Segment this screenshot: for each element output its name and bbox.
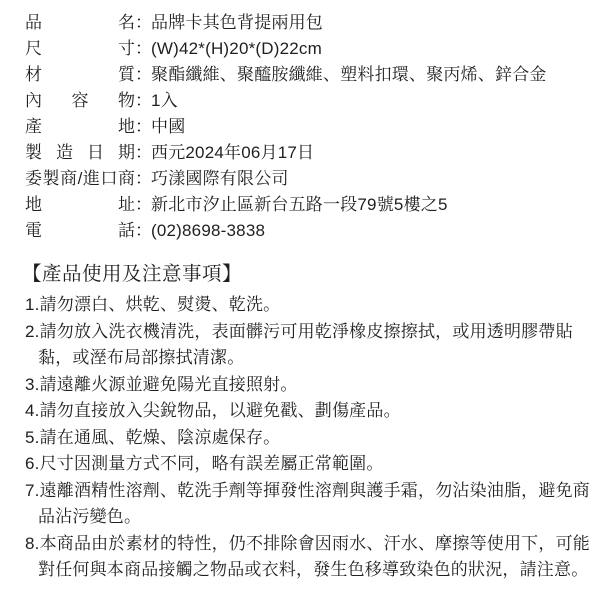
info-row-origin: 產地：中國	[25, 114, 592, 140]
note-text: 請勿放入洗衣機清洗，表面髒污可用乾淨橡皮擦擦拭，或用透明膠帶貼黏，或溼布局部擦拭…	[38, 322, 573, 368]
note-item-3: 3.請遠離火源並避免陽光直接照射。	[25, 372, 592, 399]
note-item-1: 1.請勿漂白、烘乾、熨燙、乾洗。	[25, 292, 592, 319]
note-item-7: 7.遠離酒精性溶劑、乾洗手劑等揮發性溶劑與護手霜，勿沾染油脂，避免商品沾污變色。	[25, 478, 592, 531]
info-row-materials: 材質：聚酯纖維、聚醯胺纖維、塑料扣環、聚丙烯、鋅合金	[25, 62, 592, 88]
info-label: 尺寸	[25, 36, 135, 62]
info-value-manufacture-date: 西元2024年06月17日	[151, 143, 314, 162]
note-number: 5.	[25, 428, 40, 447]
info-value-product-name: 品牌卡其色背提兩用包	[151, 13, 323, 32]
info-value-phone: (02)8698-3838	[151, 221, 265, 240]
info-colon: ：	[135, 192, 151, 218]
info-label: 地址	[25, 192, 135, 218]
info-value-origin: 中國	[151, 117, 185, 136]
note-number: 2.	[25, 322, 40, 341]
info-colon: ：	[135, 36, 151, 62]
info-row-phone: 電話：(02)8698-3838	[25, 218, 592, 244]
info-colon: ：	[135, 140, 151, 166]
note-number: 7.	[25, 481, 40, 500]
info-label: 材質	[25, 62, 135, 88]
note-item-4: 4.請勿直接放入尖銳物品，以避免戳、劃傷產品。	[25, 398, 592, 425]
note-number: 1.	[25, 295, 40, 314]
info-row-manufacture-date: 製造日期：西元2024年06月17日	[25, 140, 592, 166]
note-item-5: 5.請在通風、乾燥、陰涼處保存。	[25, 425, 592, 452]
note-number: 4.	[25, 401, 40, 420]
info-colon: ：	[135, 62, 151, 88]
note-item-8: 8.本商品由於素材的特性，仍不排除會因雨水、汗水、摩擦等使用下，可能對任何與本商…	[25, 531, 592, 584]
note-number: 8.	[25, 534, 40, 553]
info-label: 製造日期	[25, 140, 135, 166]
info-label: 電話	[25, 218, 135, 244]
info-colon: ：	[135, 218, 151, 244]
note-text: 遠離酒精性溶劑、乾洗手劑等揮發性溶劑與護手霜，勿沾染油脂，避免商品沾污變色。	[38, 481, 590, 527]
note-item-6: 6.尺寸因測量方式不同，略有誤差屬正常範圍。	[25, 451, 592, 478]
info-colon: ：	[135, 114, 151, 140]
info-value-materials: 聚酯纖維、聚醯胺纖維、塑料扣環、聚丙烯、鋅合金	[151, 65, 547, 84]
info-row-product-name: 品名：品牌卡其色背提兩用包	[25, 10, 592, 36]
info-colon: ：	[135, 10, 151, 36]
notice-list: 1.請勿漂白、烘乾、熨燙、乾洗。 2.請勿放入洗衣機清洗，表面髒污可用乾淨橡皮擦…	[25, 292, 592, 584]
note-text: 請勿漂白、烘乾、熨燙、乾洗。	[40, 295, 281, 314]
info-label: 內容物	[25, 88, 135, 114]
note-text: 尺寸因測量方式不同，略有誤差屬正常範圍。	[40, 454, 384, 473]
info-row-address: 地址：新北市汐止區新台五路一段79號5樓之5	[25, 192, 592, 218]
info-label: 產地	[25, 114, 135, 140]
note-number: 6.	[25, 454, 40, 473]
info-row-contents: 內容物：1入	[25, 88, 592, 114]
note-text: 請在通風、乾燥、陰涼處保存。	[40, 428, 281, 447]
info-colon: ：	[135, 88, 151, 114]
note-number: 3.	[25, 375, 40, 394]
info-value-contents: 1入	[151, 91, 178, 110]
notice-section-heading: 【產品使用及注意事項】	[22, 261, 592, 287]
product-label-sheet: 品名：品牌卡其色背提兩用包 尺寸：(W)42*(H)20*(D)22cm 材質：…	[0, 0, 600, 600]
product-info-table: 品名：品牌卡其色背提兩用包 尺寸：(W)42*(H)20*(D)22cm 材質：…	[25, 10, 592, 244]
info-label: 委製商/進口商	[25, 166, 135, 192]
note-text: 請遠離火源並避免陽光直接照射。	[40, 375, 298, 394]
info-colon: ：	[135, 166, 151, 192]
note-text: 本商品由於素材的特性，仍不排除會因雨水、汗水、摩擦等使用下，可能對任何與本商品接…	[38, 534, 590, 580]
info-value-importer: 巧漾國際有限公司	[151, 169, 289, 188]
info-value-address: 新北市汐止區新台五路一段79號5樓之5	[151, 195, 448, 214]
note-text: 請勿直接放入尖銳物品，以避免戳、劃傷產品。	[40, 401, 401, 420]
info-row-dimensions: 尺寸：(W)42*(H)20*(D)22cm	[25, 36, 592, 62]
info-row-importer: 委製商/進口商：巧漾國際有限公司	[25, 166, 592, 192]
info-value-dimensions: (W)42*(H)20*(D)22cm	[151, 39, 322, 58]
note-item-2: 2.請勿放入洗衣機清洗，表面髒污可用乾淨橡皮擦擦拭，或用透明膠帶貼黏，或溼布局部…	[25, 319, 592, 372]
info-label: 品名	[25, 10, 135, 36]
